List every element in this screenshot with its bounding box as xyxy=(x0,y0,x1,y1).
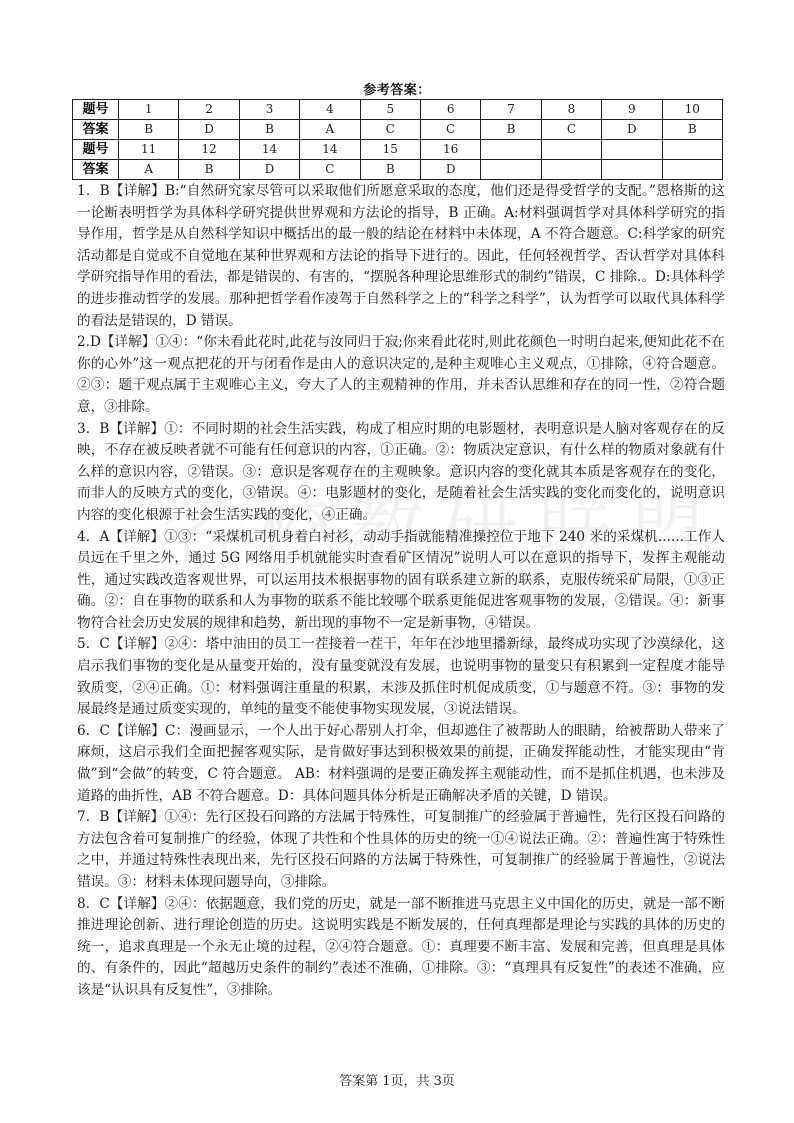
table-cell: D xyxy=(179,120,239,140)
row-header: 题号 xyxy=(73,140,119,160)
row-header: 答案 xyxy=(73,160,119,180)
explanation-3: 3．B【详解】①：不同时期的社会生活实践，构成了相应时期的电影题材，表明意识是人… xyxy=(77,419,725,527)
table-cell: A xyxy=(300,120,360,140)
table-cell xyxy=(662,140,722,160)
explanation-2: 2.D【详解】①④：“你未看此花时,此花与汝同归于寂;你来看此花时,则此花颜色一… xyxy=(77,332,725,418)
table-cell: 7 xyxy=(481,100,541,120)
table-cell: 2 xyxy=(179,100,239,120)
table-row-question-numbers-1: 题号 1 2 3 4 5 6 7 8 9 10 xyxy=(73,100,723,120)
table-row-answers-1: 答案 B D B A C C B C D B xyxy=(73,120,723,140)
table-cell: 6 xyxy=(420,100,480,120)
explanation-4: 4．A【详解】①③：“采煤机司机身着白衬衫，动动手指就能精准操控位于地下 240… xyxy=(77,527,725,635)
table-cell xyxy=(541,140,601,160)
table-cell: 12 xyxy=(179,140,239,160)
table-cell xyxy=(541,160,601,180)
explanations: 1．B【详解】B:“自然研究家尽管可以采取他们所愿意采取的态度，他们还是得受哲学… xyxy=(77,181,725,1002)
table-cell: B xyxy=(662,120,722,140)
explanation-7: 7．B【详解】①④：先行区投石问路的方法属于特殊性，可复制推广的经验属于普遍性，… xyxy=(77,807,725,893)
table-cell: 10 xyxy=(662,100,722,120)
table-cell: B xyxy=(179,160,239,180)
answer-table: 题号 1 2 3 4 5 6 7 8 9 10 答案 B D B A C C B xyxy=(72,99,723,180)
table-cell xyxy=(481,140,541,160)
table-row-answers-2: 答案 A B D C B D xyxy=(73,160,723,180)
table-cell: 15 xyxy=(360,140,420,160)
table-cell: D xyxy=(602,120,662,140)
table-cell: D xyxy=(420,160,480,180)
page-title: 参考答案： xyxy=(0,79,794,98)
row-header: 题号 xyxy=(73,100,119,120)
explanation-1: 1．B【详解】B:“自然研究家尽管可以采取他们所愿意采取的态度，他们还是得受哲学… xyxy=(77,181,725,332)
table-cell: 14 xyxy=(239,140,299,160)
answer-page: 参考答案： 题号 1 2 3 4 5 6 7 8 9 10 答案 B D B A xyxy=(0,0,794,1123)
table-cell: 9 xyxy=(602,100,662,120)
table-cell: 11 xyxy=(119,140,179,160)
table-cell: 14 xyxy=(300,140,360,160)
table-row-question-numbers-2: 题号 11 12 14 14 15 16 xyxy=(73,140,723,160)
explanation-5: 5．C【详解】②④：塔中油田的员工一茬接着一茬干，年年在沙地里播新绿，最终成功实… xyxy=(77,634,725,720)
table-cell: B xyxy=(119,120,179,140)
table-cell: B xyxy=(360,160,420,180)
table-cell: 5 xyxy=(360,100,420,120)
explanation-8: 8．C【详解】②④：依据题意，我们党的历史，就是一部不断推进马克思主义中国化的历… xyxy=(77,894,725,1002)
table-cell xyxy=(602,160,662,180)
page-footer: 答案第 1页，共 3页 xyxy=(0,1070,794,1089)
table-cell: 16 xyxy=(420,140,480,160)
table-cell: A xyxy=(119,160,179,180)
table-cell: 8 xyxy=(541,100,601,120)
table-cell: C xyxy=(300,160,360,180)
table-cell xyxy=(602,140,662,160)
table-cell: B xyxy=(481,120,541,140)
table-cell: D xyxy=(239,160,299,180)
table-cell: C xyxy=(420,120,480,140)
table-cell: 1 xyxy=(119,100,179,120)
table-cell: C xyxy=(360,120,420,140)
row-header: 答案 xyxy=(73,120,119,140)
table-cell xyxy=(481,160,541,180)
table-cell: 3 xyxy=(239,100,299,120)
table-cell: 4 xyxy=(300,100,360,120)
table-cell: C xyxy=(541,120,601,140)
table-cell: B xyxy=(239,120,299,140)
table-cell xyxy=(662,160,722,180)
explanation-6: 6．C【详解】C：漫画显示，一个人出于好心帮别人打伞，但却遮住了被帮助人的眼睛，… xyxy=(77,721,725,807)
